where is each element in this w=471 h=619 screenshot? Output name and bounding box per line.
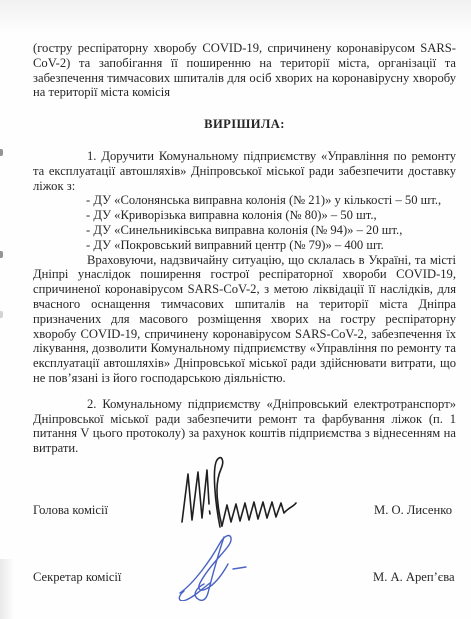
item-2-paragraph: 2. Комунальному підприємству «Дніпровськ…	[33, 397, 456, 456]
scan-artifact	[0, 311, 3, 318]
decision-heading: ВИРІШИЛА:	[33, 117, 456, 132]
document-page: (гостру респіраторну хворобу COVID-19, с…	[0, 0, 471, 619]
chair-signature-image	[176, 452, 302, 532]
list-item: - ДУ «Солонянська виправна колонія (№ 21…	[33, 193, 456, 208]
intro-paragraph: (гостру респіраторну хворобу COVID-19, с…	[33, 41, 456, 100]
chair-role-label: Голова комісії	[33, 503, 108, 518]
secretary-name: М. А. Ареп’єва	[373, 570, 455, 585]
situation-paragraph: Враховуючи, надзвичайну ситуацію, що скл…	[33, 253, 456, 386]
secretary-role-label: Секретар комісії	[33, 570, 121, 585]
chair-name: М. О. Лисенко	[374, 503, 452, 518]
delivery-list: - ДУ «Солонянська виправна колонія (№ 21…	[33, 193, 456, 252]
list-item: - ДУ «Покровський виправний центр (№ 79)…	[33, 238, 456, 253]
list-item: - ДУ «Криворізька виправна колонія (№ 80…	[33, 208, 456, 223]
item-1-paragraph: 1. Доручити Комунальному підприємству «У…	[33, 149, 456, 193]
document-body: (гостру респіраторну хворобу COVID-19, с…	[33, 41, 456, 456]
list-item: - ДУ «Синельниківська виправна колонія (…	[33, 223, 456, 238]
scan-artifact	[0, 251, 3, 258]
scan-artifact	[0, 149, 3, 156]
secretary-signature-image	[172, 531, 267, 601]
